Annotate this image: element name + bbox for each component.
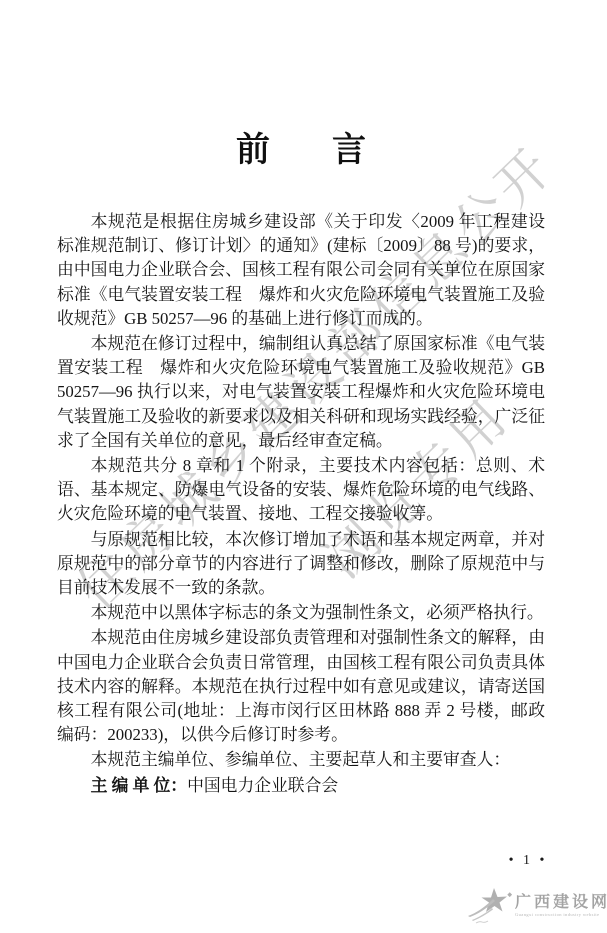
chief-editor-label: 主 编 单 位： [91,776,188,795]
guangxi-construction-logo: 广西建设网 Guangxi construction industry webs… [466,886,607,926]
logo-tagline: Guangxi construction industry website [515,912,607,918]
shooting-star-icon [466,886,512,926]
title-char-1: 前 [236,122,270,171]
chief-editor-value: 中国电力企业联合会 [187,776,338,795]
paragraph-changes: 与原规范相比较，本次修订增加了术语和基本规定两章，并对原规范中的部分章节的内容进… [57,528,545,601]
paragraph-administration: 本规范由住房城乡建设部负责管理和对强制性条文的解释，由中国电力企业联合会负责日常… [57,626,545,747]
chief-editor-line: 主 编 单 位：中国电力企业联合会 [57,774,545,798]
paragraph-basis: 本规范是根据住房城乡建设部《关于印发〈2009 年工程建设标准规范制订、修订计划… [57,210,545,331]
foreword-body: 本规范是根据住房城乡建设部《关于印发〈2009 年工程建设标准规范制订、修订计划… [57,210,545,799]
title-char-2: 言 [332,122,366,171]
logo-text-block: 广西建设网 Guangxi construction industry webs… [515,895,607,918]
paragraph-contents: 本规范共分 8 章和 1 个附录，主要技术内容包括：总则、术语、基本规定、防爆电… [57,454,545,527]
paragraph-revision-process: 本规范在修订过程中，编制组认真总结了原国家标准《电气装置安装工程 爆炸和火灾危险… [57,332,545,453]
logo-site-name: 广西建设网 [515,895,607,911]
page-number: • 1 • [488,853,568,869]
document-page: 住房城乡建设部信息公开 浏览专用 前 言 本规范是根据住房城乡建设部《关于印发〈… [0,0,607,933]
paragraph-mandatory-clauses: 本规范中以黑体字标志的条文为强制性条文，必须严格执行。 [57,601,545,625]
paragraph-units-intro: 本规范主编单位、参编单位、主要起草人和主要审查人： [57,748,545,772]
page-title: 前 言 [57,122,545,171]
